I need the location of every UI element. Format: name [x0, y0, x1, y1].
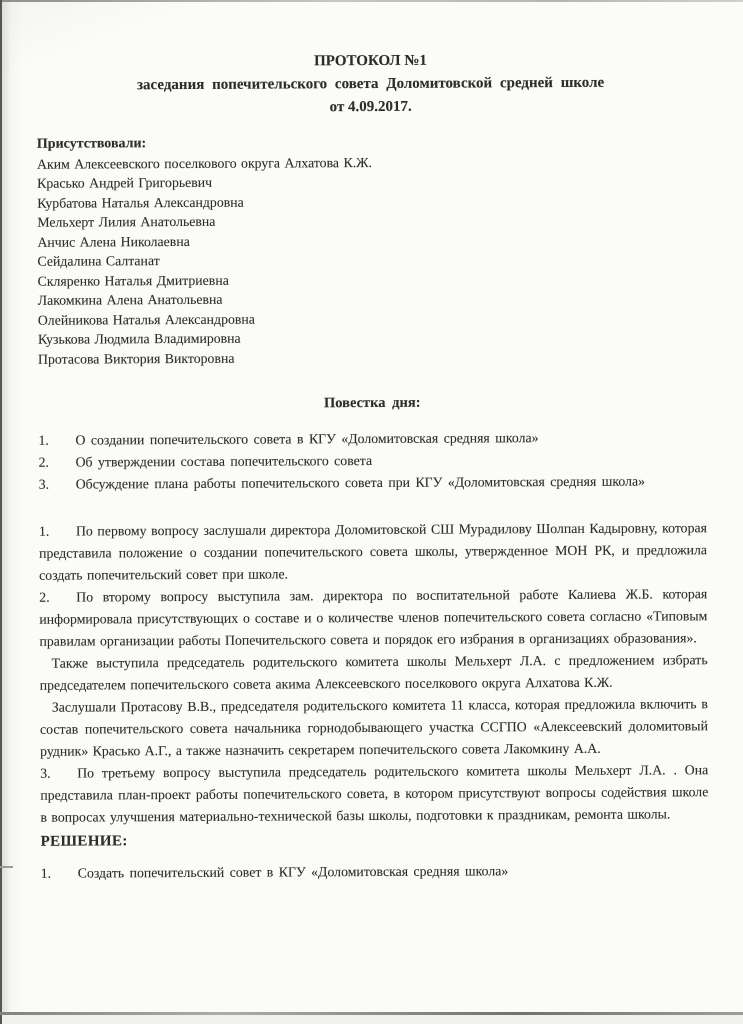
agenda-heading: Повестка дня:	[38, 390, 706, 415]
decision-item-text: Создать попечительский совет в КГУ «Доло…	[78, 863, 509, 880]
scanned-document-page: ПРОТОКОЛ №1 заседания попечительского со…	[0, 0, 743, 1024]
paragraph-number: 3.	[40, 763, 77, 785]
body-paragraph: Заслушали Протасову В.В., председателя р…	[40, 693, 708, 762]
body-paragraph: 2.По второму вопросу выступила зам. дире…	[39, 583, 707, 652]
document-content: ПРОТОКОЛ №1 заседания попечительского со…	[0, 0, 743, 885]
decision-list: 1.Создать попечительский совет в КГУ «До…	[41, 859, 709, 884]
agenda-item-number: 1.	[38, 430, 75, 452]
scan-left-tick-artifact	[0, 866, 13, 868]
scan-edge-left	[0, 0, 2, 1024]
agenda-item-text: Обсуждение плана работы попечительского …	[76, 474, 645, 492]
agenda-item-number: 3.	[39, 474, 76, 496]
agenda-item-number: 2.	[39, 452, 76, 474]
agenda-item: 3.Обсуждение плана работы попечительског…	[39, 470, 707, 495]
paragraph-text: Также выступила председатель родительско…	[40, 652, 708, 692]
document-title: ПРОТОКОЛ №1	[36, 48, 704, 74]
body-paragraph: 3.По третьему вопросу выступила председа…	[40, 759, 708, 828]
body-paragraph: 1.По первому вопросу заслушали директора…	[39, 517, 707, 586]
scan-edge-bottom-strip	[0, 1015, 743, 1024]
paragraph-number: 2.	[39, 587, 76, 609]
document-subtitle: заседания попечительского совета Доломит…	[37, 71, 705, 97]
body-paragraph: Также выступила председатель родительско…	[40, 649, 708, 696]
paragraph-text: Заслушали Протасову В.В., председателя р…	[40, 696, 708, 758]
decision-item-number: 1.	[41, 863, 78, 885]
attendee-name: Протасова Виктория Викторовна	[38, 346, 706, 369]
document-date: от 4.09.2017.	[37, 94, 705, 120]
title-block: ПРОТОКОЛ №1 заседания попечительского со…	[36, 48, 704, 120]
decision-item: 1.Создать попечительский совет в КГУ «До…	[41, 859, 709, 884]
paragraph-text: По первому вопросу заслушали директора Д…	[39, 520, 707, 582]
paragraph-number: 1.	[39, 521, 76, 543]
minutes-body: 1.По первому вопросу заслушали директора…	[39, 517, 709, 828]
scan-edge-left-shadow	[2, 0, 11, 1024]
agenda-list: 1.О создании попечительского совета в КГ…	[38, 426, 706, 495]
agenda-item-text: О создании попечительского совета в КГУ …	[75, 430, 538, 447]
scan-edge-bottom	[0, 1012, 743, 1015]
decision-heading: РЕШЕНИЕ:	[40, 826, 708, 853]
agenda-item-text: Об утверждении состава попечительского с…	[76, 453, 373, 470]
paragraph-text: По второму вопросу выступила зам. директ…	[39, 586, 707, 648]
attendees-section: Присутствовали: Аким Алексеевского посел…	[37, 131, 706, 368]
paragraph-text: По третьему вопросу выступила председате…	[40, 762, 708, 824]
scan-edge-top	[0, 0, 743, 2]
